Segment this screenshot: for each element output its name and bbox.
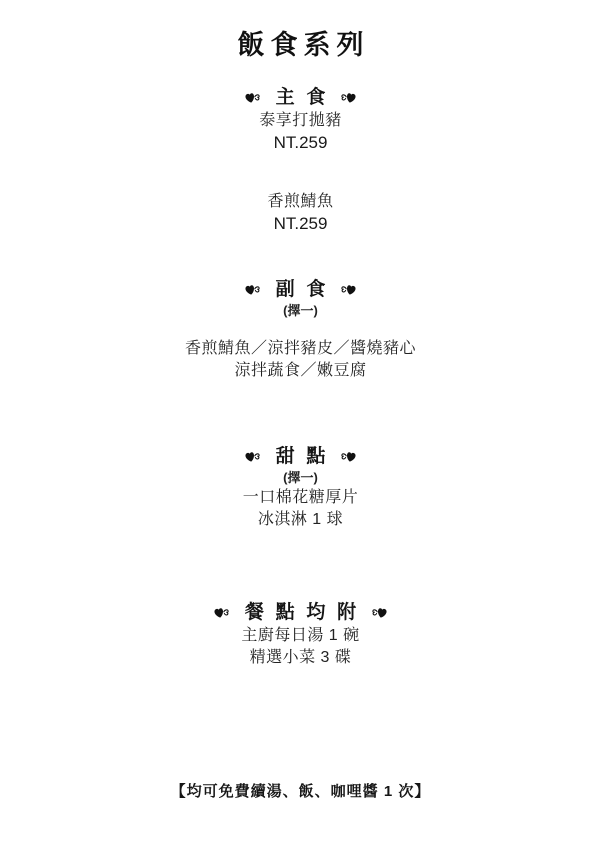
choose-one-note: (擇一)	[0, 469, 601, 487]
floral-heart-right-icon	[340, 451, 357, 463]
section-title: 副食	[276, 278, 338, 302]
section-header-side-dish: 副食	[0, 278, 601, 302]
included-line: 主廚每日湯 1 碗	[0, 625, 601, 647]
dish-options-line: 香煎鯖魚／涼拌豬皮／醬燒豬心	[0, 338, 601, 360]
menu-page: 飯食系列 主食 泰享打拋豬 NT.259 香煎鯖魚 NT.259 副食	[0, 0, 601, 850]
page-title: 飯食系列	[0, 28, 601, 62]
floral-heart-right-icon	[340, 92, 357, 104]
dessert-line: 冰淇淋 1 球	[0, 509, 601, 531]
floral-heart-left-icon	[213, 607, 230, 619]
floral-heart-right-icon	[340, 284, 357, 296]
dish-options-line: 涼拌蔬食／嫩豆腐	[0, 360, 601, 382]
floral-heart-right-icon	[371, 607, 388, 619]
section-header-included: 餐點均附	[0, 601, 601, 625]
section-title: 甜點	[276, 445, 338, 469]
section-title: 餐點均附	[245, 601, 368, 625]
section-header-main-dish: 主食	[0, 86, 601, 110]
dish-name: 泰享打拋豬	[0, 110, 601, 132]
floral-heart-left-icon	[244, 451, 261, 463]
choose-one-note: (擇一)	[0, 302, 601, 320]
floral-heart-left-icon	[244, 92, 261, 104]
included-line: 精選小菜 3 碟	[0, 647, 601, 669]
dish-name: 香煎鯖魚	[0, 191, 601, 213]
free-refill-note: 【均可免費續湯、飯、咖哩醬 1 次】	[0, 781, 601, 803]
section-header-dessert: 甜點	[0, 445, 601, 469]
dish-price: NT.259	[0, 213, 601, 235]
floral-heart-left-icon	[244, 284, 261, 296]
section-title: 主食	[276, 86, 338, 110]
dessert-line: 一口棉花糖厚片	[0, 487, 601, 509]
dish-price: NT.259	[0, 132, 601, 154]
